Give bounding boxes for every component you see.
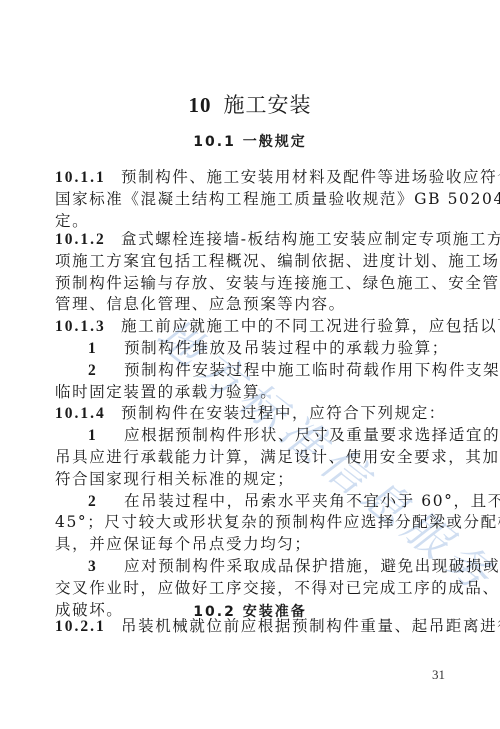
section-heading-10-1: 10.1 一般规定 <box>0 131 500 151</box>
text-line: 10.1.3施工前应就施工中的不同工况进行验算，应包括以下内容： <box>55 316 449 338</box>
item-number: 2 <box>55 491 124 513</box>
chapter-number: 10 <box>189 93 212 117</box>
item-text: 应根据预制构件形状、尺寸及重量要求选择适宜的吊具， <box>124 426 500 444</box>
text-line: 预制构件运输与存放、安装与连接施工、绿色施工、安全管理、质量 <box>55 273 449 295</box>
item-text: 预制构件安装过程中施工临时荷载作用下构件支架系统和 <box>124 361 500 379</box>
clause-number: 10.1.4 <box>55 403 121 425</box>
clause-10-2-1: 10.2.1吊装机械就位前应根据预制构件重量、起吊距离进行起重 <box>55 616 449 638</box>
item-number: 1 <box>55 425 124 447</box>
text-line: 1预制构件堆放及吊装过程中的承载力验算； <box>55 338 449 360</box>
text-line: 吊具应进行承载能力计算，满足设计、使用安全要求，其加工质量应 <box>55 447 449 469</box>
text-line: 管理、信息化管理、应急预案等内容。 <box>55 294 449 316</box>
text-line: 国家标准《混凝土结构工程施工质量验收规范》GB 50204 等有关规 <box>55 189 449 211</box>
text-line: 3应对预制构件采取成品保护措施，避免出现破损或污染。 <box>55 556 449 578</box>
text-line: 项施工方案宜包括工程概况、编制依据、进度计划、施工场地布置、 <box>55 251 449 273</box>
clause-text: 预制构件在安装过程中，应符合下列规定： <box>121 404 446 422</box>
clause-number: 10.1.1 <box>55 167 121 189</box>
clause-text: 预制构件、施工安装用材料及配件等进场验收应符合现行 <box>121 168 500 186</box>
page-number: 31 <box>432 667 445 683</box>
text-line: 45°；尺寸较大或形状复杂的预制构件应选择分配梁或分配桁架的吊 <box>55 512 449 534</box>
item-number: 2 <box>55 360 124 382</box>
item-text: 预制构件堆放及吊装过程中的承载力验算； <box>124 339 449 357</box>
document-page: 地方标准信息服务 10施工安装 10.1 一般规定 10.1.1预制构件、施工安… <box>0 0 500 729</box>
text-line: 10.2.1吊装机械就位前应根据预制构件重量、起吊距离进行起重 <box>55 616 449 638</box>
clauses-10-1-2-to-10-1-4: 10.1.2盒式螺栓连接墙-板结构施工安装应制定专项施工方案。专 项施工方案宜包… <box>55 229 449 621</box>
text-line: 1应根据预制构件形状、尺寸及重量要求选择适宜的吊具， <box>55 425 449 447</box>
text-line: 10.1.4预制构件在安装过程中，应符合下列规定： <box>55 403 449 425</box>
item-text: 应对预制构件采取成品保护措施，避免出现破损或污染。 <box>124 557 500 575</box>
chapter-name: 施工安装 <box>224 93 312 117</box>
clause-number: 10.1.2 <box>55 229 121 251</box>
chapter-title: 10施工安装 <box>0 91 500 119</box>
clause-10-1-1: 10.1.1预制构件、施工安装用材料及配件等进场验收应符合现行 国家标准《混凝土… <box>55 167 449 232</box>
text-line: 临时固定装置的承载力验算。 <box>55 382 449 404</box>
text-line: 具，并应保证每个吊点受力均匀； <box>55 534 449 556</box>
text-line: 交叉作业时，应做好工序交接，不得对已完成工序的成品、半成品造 <box>55 578 449 600</box>
clause-text: 盒式螺栓连接墙-板结构施工安装应制定专项施工方案。专 <box>121 230 500 248</box>
clause-number: 10.2.1 <box>55 616 121 638</box>
text-line: 10.1.2盒式螺栓连接墙-板结构施工安装应制定专项施工方案。专 <box>55 229 449 251</box>
text-line: 10.1.1预制构件、施工安装用材料及配件等进场验收应符合现行 <box>55 167 449 189</box>
item-number: 3 <box>55 556 124 578</box>
clause-text: 吊装机械就位前应根据预制构件重量、起吊距离进行起重 <box>121 617 500 635</box>
item-number: 1 <box>55 338 124 360</box>
clause-number: 10.1.3 <box>55 316 121 338</box>
text-line: 符合国家现行相关标准的规定； <box>55 469 449 491</box>
text-line: 2预制构件安装过程中施工临时荷载作用下构件支架系统和 <box>55 360 449 382</box>
item-text: 在吊装过程中，吊索水平夹角不宜小于 60°，且不应小于 <box>124 492 500 510</box>
text-line: 2在吊装过程中，吊索水平夹角不宜小于 60°，且不应小于 <box>55 491 449 513</box>
clause-text: 施工前应就施工中的不同工况进行验算，应包括以下内容： <box>121 317 500 335</box>
